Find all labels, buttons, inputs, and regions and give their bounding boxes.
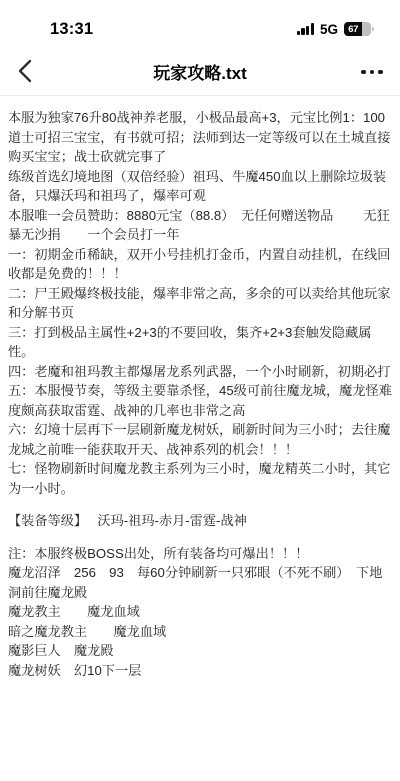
- document-line: 【装备等级】 沃玛-祖玛-赤月-雷霆-战神: [8, 511, 392, 531]
- document-line: [8, 531, 392, 544]
- document-line: 暗之魔龙教主 魔龙血域: [8, 622, 392, 642]
- status-bar: 13:31 5G 67: [0, 0, 400, 48]
- document-line: 一：初期金币稀缺，双开小号挂机打金币，内置自动挂机，在线回收都是免费的！！！: [8, 245, 392, 284]
- document-line: 本服为独家76升80战神养老服，小极品最高+3，元宝比例1：100: [8, 108, 392, 128]
- document-view[interactable]: 本服为独家76升80战神养老服，小极品最高+3，元宝比例1：100道士可招三宝宝…: [0, 96, 400, 729]
- more-options-button[interactable]: [354, 55, 390, 89]
- status-right-cluster: 5G 67: [297, 22, 374, 37]
- document-line: 魔龙沼泽 256 93 每60分钟刷新一只邪眼（不死不刷） 下地洞前往魔龙殿: [8, 563, 392, 602]
- battery-empty-segment: [362, 22, 371, 36]
- document-line: 魔影巨人 魔龙殿: [8, 641, 392, 661]
- document-line: 魔龙树妖 幻10下一层: [8, 661, 392, 681]
- chevron-left-icon: [17, 58, 33, 87]
- document-line: 二：尸王殿爆终极技能，爆率非常之高，多余的可以卖给其他玩家和分解书页: [8, 284, 392, 323]
- network-type-label: 5G: [320, 22, 338, 37]
- battery-nub: [372, 27, 374, 32]
- document-line: 三：打到极品主属性+2+3的不要回收，集齐+2+3套触发隐藏属性。: [8, 323, 392, 362]
- page-title: 玩家攻略.txt: [153, 59, 247, 84]
- document-line: 本服唯一会员赞助：8880元宝（88.8） 无任何赠送物品 无狂暴无沙捐 一个会…: [8, 206, 392, 245]
- document-line: 练级首选幻境地图（双倍经验）祖玛、牛魔450血以上删除垃圾装备，只爆沃玛和祖玛了…: [8, 167, 392, 206]
- ellipsis-icon: [361, 70, 366, 75]
- document-line: 注：本服终极BOSS出处，所有装备均可爆出！！！: [8, 544, 392, 564]
- nav-bar: 玩家攻略.txt: [0, 48, 400, 96]
- document-line: 七：怪物刷新时间魔龙教主系列为三小时，魔龙精英二小时，其它为一小时。: [8, 459, 392, 498]
- battery-icon: 67: [344, 22, 374, 36]
- document-line: [8, 498, 392, 511]
- document-line: 五：本服慢节奏，等级主要靠杀怪，45级可前往魔龙城，魔龙怪难度颇高获取雷霆、战神…: [8, 381, 392, 420]
- battery-percent-label: 67: [348, 24, 358, 35]
- phone-screen: 13:31 5G 67: [0, 0, 400, 781]
- document-line: 道士可招三宝宝，有书就可招；法师到达一定等级可以在土城直接购买宝宝；战士砍就完事…: [8, 128, 392, 167]
- status-time: 13:31: [50, 20, 93, 39]
- cellular-signal-icon: [297, 23, 314, 35]
- document-line: 六：幻境十层再下一层刷新魔龙树妖，刷新时间为三小时；去往魔龙城之前唯一能获取开天…: [8, 420, 392, 459]
- document-line: 四：老魔和祖玛教主都爆屠龙系列武器，一个小时刷新，初期必打: [8, 362, 392, 382]
- back-button[interactable]: [8, 55, 42, 89]
- document-line: 魔龙教主 魔龙血域: [8, 602, 392, 622]
